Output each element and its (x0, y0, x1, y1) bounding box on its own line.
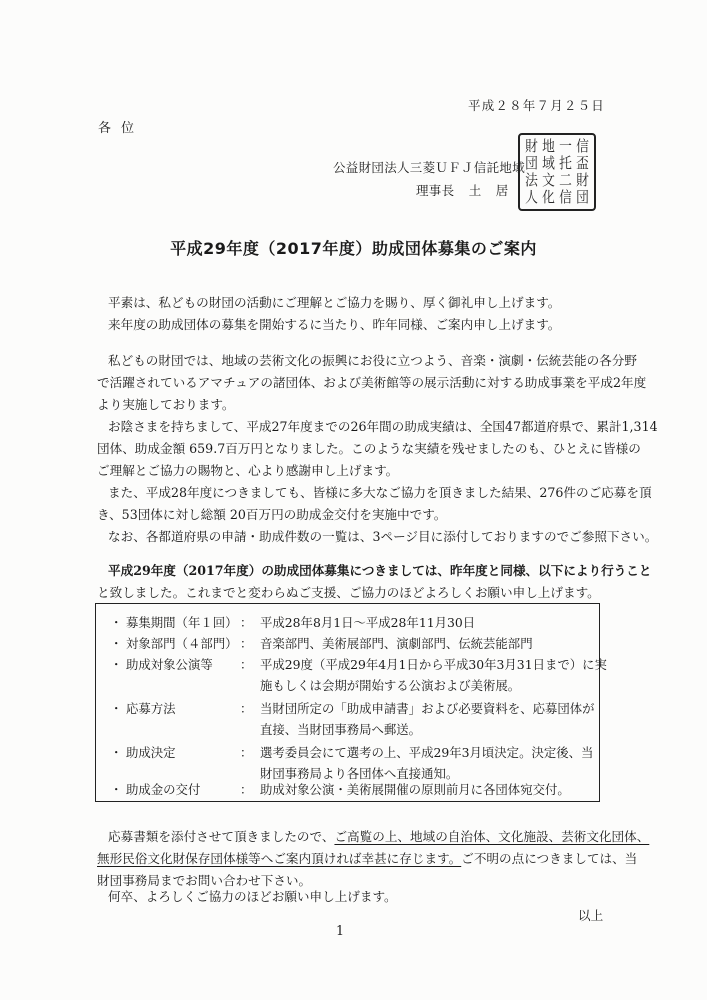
greeting-line-2: 来年度の助成団体の募集を開始するに当たり、昨年同様、ご案内申し上げます。 (108, 314, 560, 333)
footer-line-1: 応募書類を添付させて頂きましたので、ご高覧の上、地域の自治体、文化施設、芸術文化… (108, 826, 649, 845)
detail-label: 助成対象公演等 (126, 655, 213, 673)
detail-value: 平成29度（平成29年4月1日から平成30年3月31日まで）に実 (260, 655, 607, 673)
detail-value: 施もしくは会期が開始する公演および美術展。 (260, 676, 520, 694)
closing-mark: 以上 (578, 905, 603, 924)
body-p2-line-2: 団体、助成金額 659.7百万円となりました。このような実績を残せましたのも、ひ… (97, 438, 641, 457)
chairman-line: 理事長 土 居 (416, 181, 519, 199)
detail-label: 助成決定 (126, 743, 176, 761)
chair-name-family-2: 居 (496, 181, 509, 199)
seal-char: 財 (524, 138, 538, 155)
seal-char: 団 (524, 155, 538, 172)
body-p3-line-1: また、平成28年度につきましても、皆様に多大なご協力を頂きました結果、276件の… (108, 482, 652, 501)
recruitment-details-box: ・ 募集期間（年１回） ： 平成28年8月1日～平成28年11月30日 ・ 対象… (95, 603, 600, 802)
body-p4-line: なお、各都道府県の申請・助成件数の一覧は、3ページ目に添付しておりますのでご参照… (108, 526, 657, 545)
detail-value: 当財団所定の「助成申請書」および必要資料を、応募団体が (260, 699, 595, 717)
body-p1-line-2: で活躍されているアマチュアの諸団体、および美術館等の展示活動に対する助成事業を平… (97, 372, 646, 391)
chair-title: 理事長 (416, 181, 454, 199)
seal-char: 人 (524, 189, 538, 206)
body-p3-line-2: き、53団体に対し総額 20百万円の助成金交付を実施中です。 (97, 504, 446, 523)
seal-char: 盃 (575, 155, 589, 172)
page-number: 1 (336, 923, 344, 938)
detail-value: 平成28年8月1日～平成28年11月30日 (260, 613, 475, 631)
seal-char: 信 (558, 189, 572, 206)
seal-char: 二 (558, 172, 572, 189)
seal-char: 法 (524, 172, 538, 189)
footer-line-2: 無形民俗文化財保存団体様等へご案内頂ければ幸甚に存じます。ご不明の点につきまして… (97, 848, 637, 867)
organization-name: 公益財団法人三菱ＵＦＪ信託地域 (333, 158, 525, 176)
seal-char: 一 (558, 138, 572, 155)
seal-char: 化 (541, 189, 555, 206)
body-p1-line-3: より実施しております。 (97, 394, 235, 413)
detail-value: 助成対象公演・美術展開催の原則前月に各団体宛交付。 (260, 780, 570, 798)
detail-value: 音楽部門、美術展部門、演劇部門、伝統芸能部門 (260, 634, 533, 652)
seal-char: 団 (575, 189, 589, 206)
body-p1-line-1: 私どもの財団では、地域の芸術文化の振興にお役に立つよう、音楽・演劇・伝統芸能の各… (108, 350, 637, 369)
body-p5-line-1: 平成29年度（2017年度）の助成団体募集につきましては、昨年度と同様、以下によ… (108, 560, 651, 579)
chair-name-family-1: 土 (469, 181, 482, 199)
seal-char: 地 (541, 138, 555, 155)
detail-value: 直接、当財団事務局へ郵送。 (260, 720, 421, 738)
detail-label: 助成金の交付 (126, 780, 200, 798)
seal-char: 托 (558, 155, 572, 172)
footer-line-4: 何卒、よろしくご協力のほどお願い申し上げます。 (108, 886, 397, 905)
seal-char: 域 (541, 155, 555, 172)
document-date: 平成２８年７月２５日 (468, 96, 605, 114)
seal-char: 信 (575, 138, 589, 155)
document-title: 平成29年度（2017年度）助成団体募集のご案内 (0, 236, 707, 259)
addressee: 各位 (98, 117, 144, 136)
body-p2-line-3: ご理解とご協力の賜物と、心より感謝申し上げます。 (97, 460, 398, 479)
official-seal-stamp: 財 地 一 信 団 域 托 盃 法 文 二 財 人 化 信 団 (518, 133, 596, 211)
detail-label: 対象部門（４部門） (126, 634, 238, 652)
detail-label: 募集期間（年１回） (126, 613, 238, 631)
body-p2-line-1: お陰さまを持ちまして、平成27年度までの26年間の助成実績は、全国47都道府県で… (108, 416, 658, 435)
detail-value: 選考委員会にて選考の上、平成29年3月頃決定。決定後、当 (260, 743, 593, 761)
greeting-line-1: 平素は、私どもの財団の活動にご理解とご協力を賜り、厚く御礼申し上げます。 (108, 292, 560, 311)
seal-char: 文 (541, 172, 555, 189)
underlined-request: 無形民俗文化財保存団体様等へご案内頂ければ幸甚に存じます。 (97, 851, 461, 866)
seal-char: 財 (575, 172, 589, 189)
underlined-request: ご高覧の上、地域の自治体、文化施設、芸術文化団体、 (334, 829, 649, 844)
body-p5-line-2: と致しました。これまでと変わらぬご支援、ご協力のほどよろしくお願い申し上げます。 (97, 582, 600, 601)
detail-label: 応募方法 (126, 699, 176, 717)
